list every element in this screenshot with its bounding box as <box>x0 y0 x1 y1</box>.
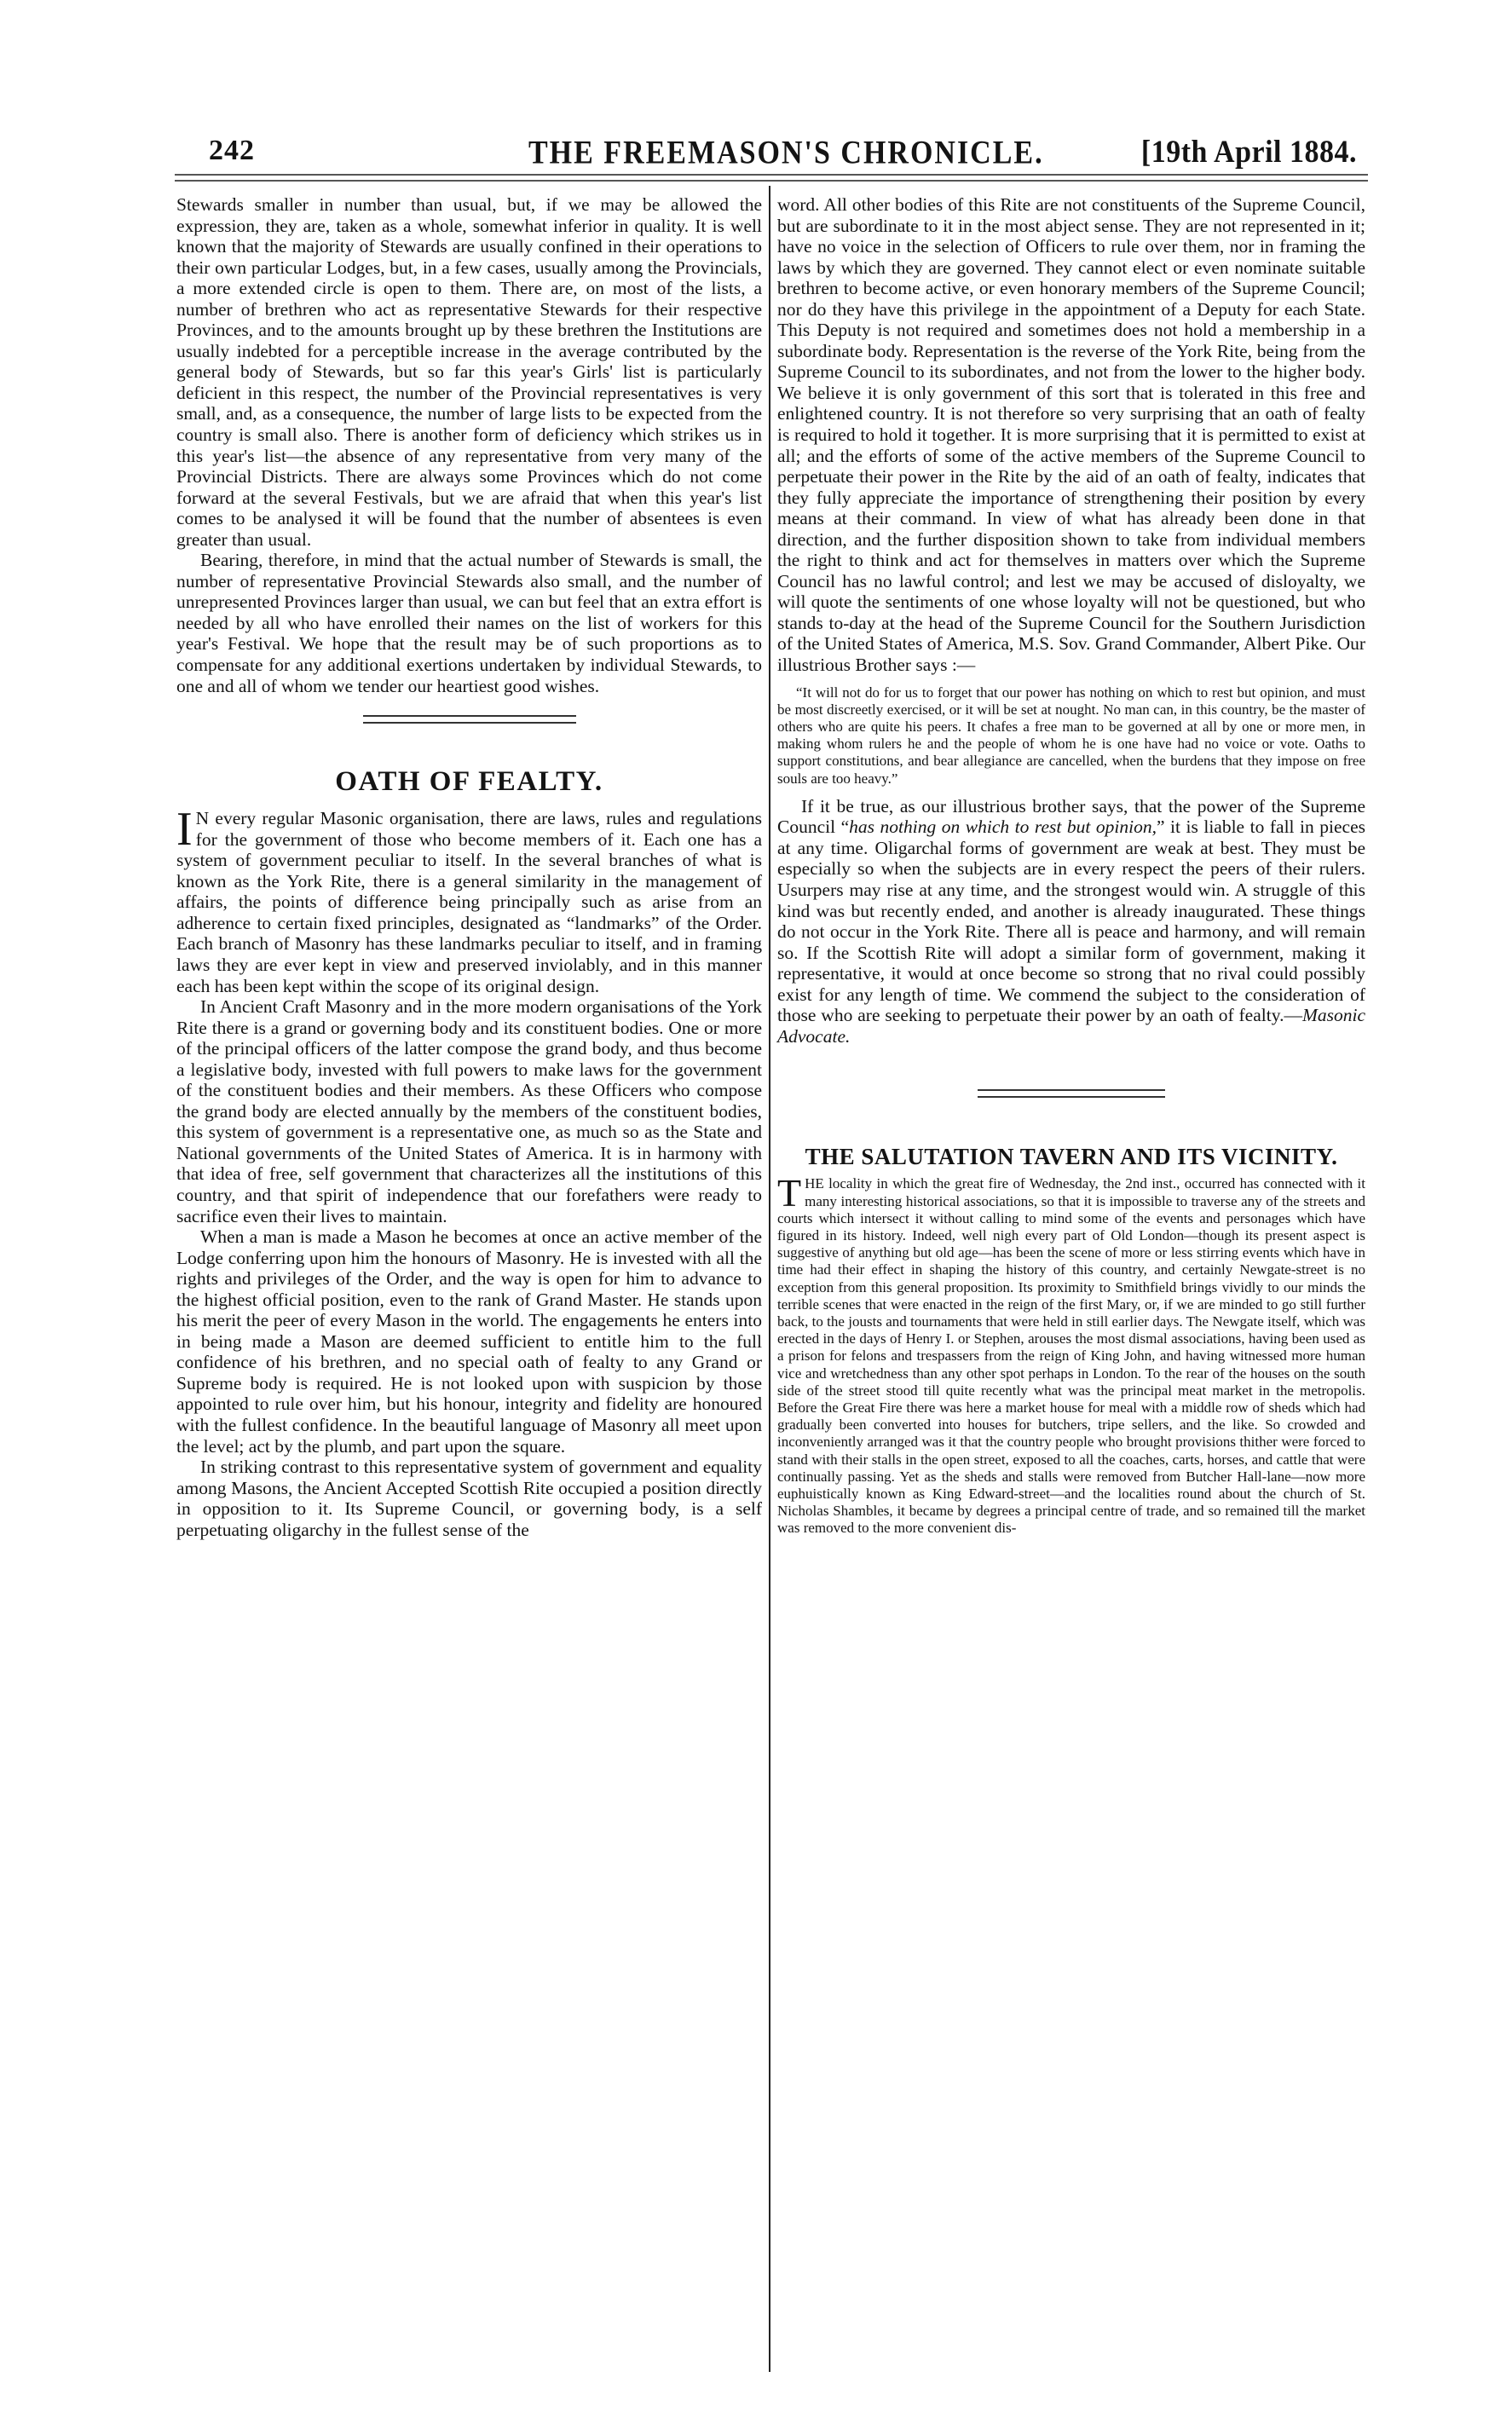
salutation-tavern-article: THE SALUTATION TAVERN AND ITS VICINITY. … <box>777 1144 1365 1537</box>
oath-of-fealty-continued: word. All other bodies of this Rite are … <box>777 194 1365 1047</box>
paragraph: Stewards smaller in number than usual, b… <box>176 194 762 550</box>
article-heading: OATH OF FEALTY. <box>176 766 762 798</box>
paragraph: When a man is made a Mason he becomes at… <box>176 1226 762 1457</box>
issue-date: [19th April 1884. <box>1141 135 1357 170</box>
quote-text: “It will not do for us to forget that ou… <box>777 684 1365 788</box>
section-separator <box>978 1089 1165 1098</box>
stewards-article-continued: Stewards smaller in number than usual, b… <box>176 194 762 696</box>
paragraph-first: THE locality in which the great fire of … <box>777 1175 1365 1537</box>
paragraph: In Ancient Craft Masonry and in the more… <box>176 996 762 1226</box>
pike-quotation: “It will not do for us to forget that ou… <box>777 684 1365 788</box>
paragraph: If it be true, as our illustrious brothe… <box>777 796 1365 1047</box>
column-divider <box>769 186 770 2372</box>
paragraph: word. All other bodies of this Rite are … <box>777 194 1365 676</box>
oath-of-fealty-article: OATH OF FEALTY. IN every regular Masonic… <box>176 766 762 1540</box>
paragraph-first: IN every regular Masonic organisation, t… <box>176 808 762 996</box>
right-column: word. All other bodies of this Rite are … <box>777 194 1365 1538</box>
quoted-phrase: has nothing on which to rest but opinion… <box>849 816 1157 837</box>
paragraph: In striking contrast to this representat… <box>176 1457 762 1540</box>
drop-cap: T <box>777 1177 801 1209</box>
masthead-rule-upper <box>175 174 1368 176</box>
paragraph-text: ” it is liable to fall in pieces at any … <box>777 816 1365 1025</box>
section-separator <box>363 715 576 724</box>
paragraph: Bearing, therefore, in mind that the act… <box>176 550 762 696</box>
paragraph-text: HE locality in which the great fire of W… <box>777 1175 1365 1536</box>
article-heading: THE SALUTATION TAVERN AND ITS VICINITY. <box>777 1144 1365 1170</box>
drop-cap: I <box>176 811 193 848</box>
paragraph-text: N every regular Masonic organisation, th… <box>176 808 762 995</box>
masthead-rule-lower <box>175 180 1368 182</box>
page-number: 242 <box>209 135 255 167</box>
publication-title: THE FREEMASON'S CHRONICLE. <box>528 135 1044 172</box>
masthead: 242 THE FREEMASON'S CHRONICLE. [19th Apr… <box>170 128 1372 167</box>
left-column: Stewards smaller in number than usual, b… <box>176 194 762 1540</box>
